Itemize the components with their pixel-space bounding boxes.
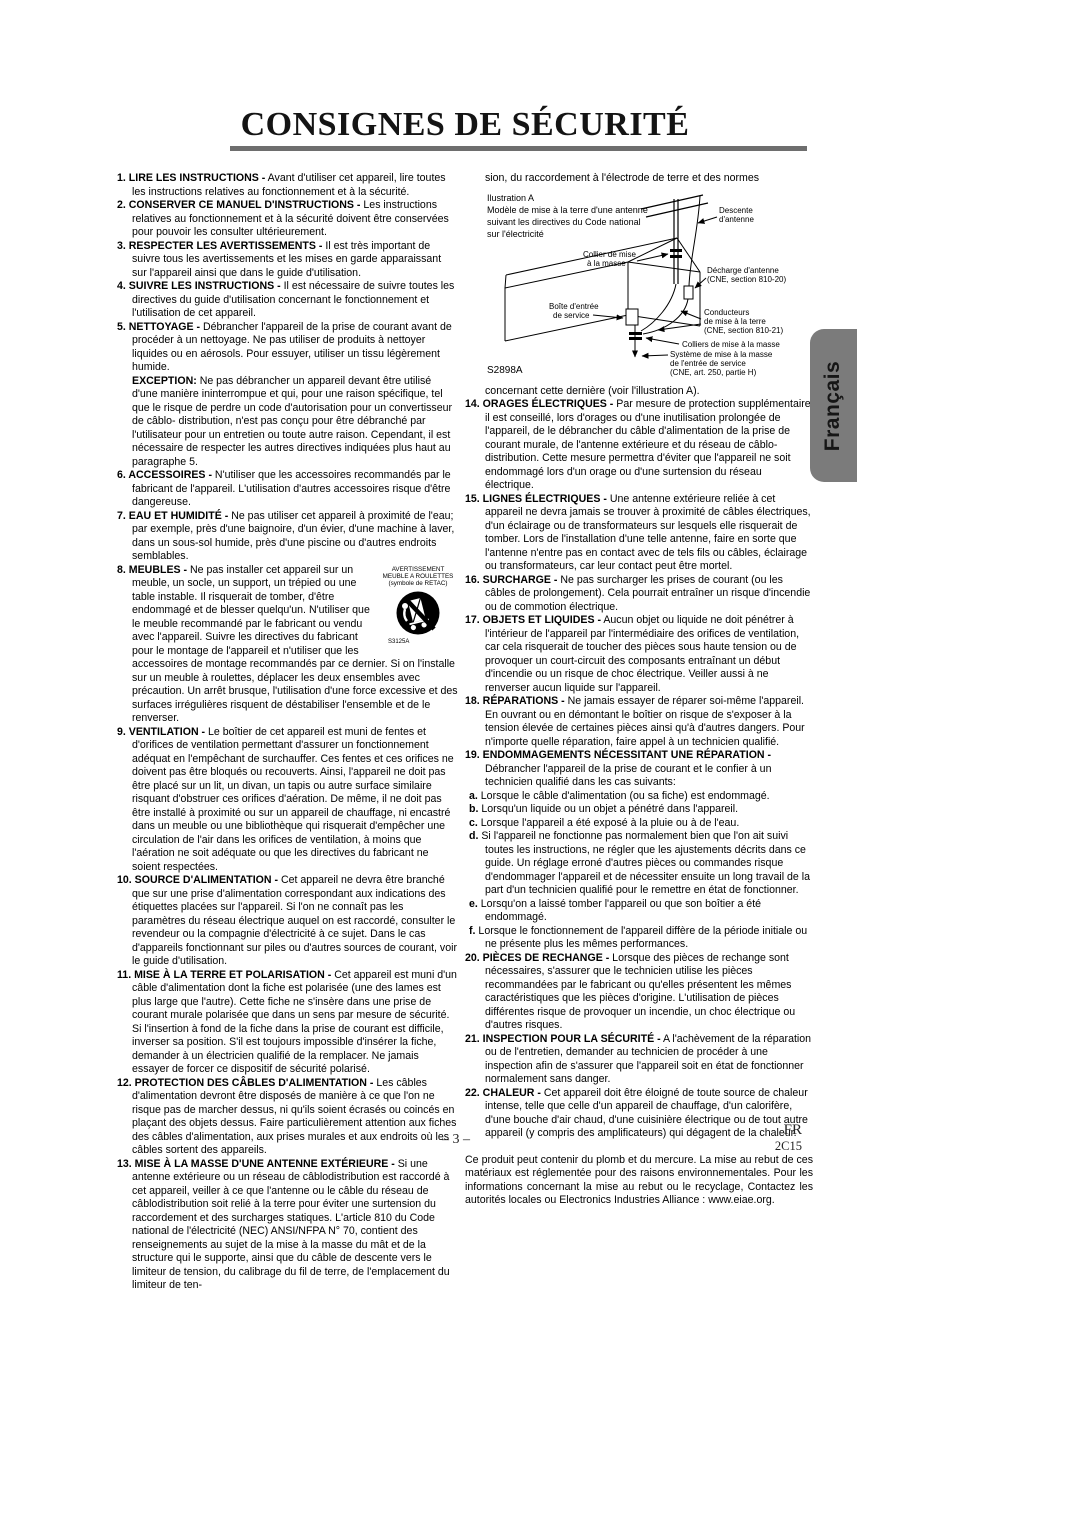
item-text: Lorsqu'un liquide ou un objet a pénétré … [478, 803, 738, 815]
label-discharge: Décharge d'antenne [707, 266, 779, 275]
antenna-mast [641, 195, 708, 284]
sub-item-b: b. Lorsqu'un liquide ou un objet a pénét… [465, 803, 813, 817]
item-head: 12. PROTECTION DES CÂBLES D'ALIMENTATION… [117, 1077, 373, 1089]
exception-paragraph: EXCEPTION: Ne pas débrancher un appareil… [132, 375, 458, 470]
item-text: Ne pas débrancher un appareil devant êtr… [132, 375, 452, 468]
item-text: Si une antenne extérieure ou un réseau d… [132, 1158, 450, 1292]
item-head: 6. ACCESSOIRES - [117, 469, 212, 481]
label-service-box: de service [553, 311, 590, 320]
mast-clamp [670, 255, 682, 258]
instruction-item-4: 4. SUIVRE LES INSTRUCTIONS - Il est néce… [117, 280, 458, 321]
antenna-grounding-diagram: Ilustration A Modèle de mise à la terre … [485, 191, 813, 383]
item-head: 1. LIRE LES INSTRUCTIONS - [117, 172, 265, 184]
language-tab-label: Français [822, 360, 846, 450]
instruction-item-10: 10. SOURCE D'ALIMENTATION - Cet appareil… [117, 874, 458, 969]
illustration-caption: sur l'électricité [487, 229, 544, 239]
sub-item-a: a. Lorsque le câble d'alimentation (ou s… [465, 790, 813, 804]
item-text: Lorsqu'on a laissé tomber l'appareil ou … [478, 898, 761, 924]
furniture-warning-text: AVERTISSEMENT [378, 566, 458, 573]
instruction-item-16: 16. SURCHARGE - Ne pas surcharger les pr… [465, 574, 813, 615]
service-entrance-box [626, 309, 638, 325]
item-head: 21. INSPECTION POUR LA SÉCURITÉ - [465, 1033, 661, 1045]
furniture-warning: AVERTISSEMENT MEUBLE A ROULETTES (symbol… [378, 566, 458, 650]
language-tab-francais: Français [810, 329, 857, 482]
item-head: 22. CHALEUR - [465, 1087, 541, 1099]
sub-item-e: e. Lorsqu'on a laissé tomber l'appareil … [465, 898, 813, 925]
item-head: 2. CONSERVER CE MANUEL D'INSTRUCTIONS - [117, 199, 360, 211]
item-text: Si l'appareil ne fonctionne pas normalem… [478, 830, 810, 896]
instruction-item-15: 15. LIGNES ÉLECTRIQUES - Une antenne ext… [465, 493, 813, 574]
item-head: 10. SOURCE D'ALIMENTATION - [117, 874, 278, 886]
instruction-item-21: 21. INSPECTION POUR LA SÉCURITÉ - A l'ac… [465, 1033, 813, 1087]
item-head: 17. OBJETS ET LIQUIDES - [465, 614, 601, 626]
item-head: e. [469, 898, 478, 910]
item-text: Débrancher l'appareil de la prise de cou… [485, 763, 771, 789]
item-text: Lorsque le fonctionnement de l'appareil … [475, 925, 807, 951]
instruction-item-17: 17. OBJETS ET LIQUIDES - Aucun objet ou … [465, 614, 813, 695]
instruction-item-7: 7. EAU ET HUMIDITÉ - Ne pas utiliser cet… [117, 510, 458, 564]
furniture-warning-text: MEUBLE A ROULETTES [378, 573, 458, 580]
label-ground-system: Système de mise à la masse [670, 350, 773, 359]
instruction-item-11: 11. MISE À LA TERRE ET POLARISATION - Ce… [117, 969, 458, 1077]
item-head: c. [469, 817, 478, 829]
item-head: 4. SUIVRE LES INSTRUCTIONS - [117, 280, 281, 292]
label-ground-conductors: Conducteurs [704, 308, 749, 317]
item-head: 19. ENDOMMAGEMENTS NÉCESSITANT UNE RÉPAR… [465, 749, 771, 761]
illustration-caption: Modèle de mise à la terre d'une antenne [487, 205, 648, 215]
instruction-item-2: 2. CONSERVER CE MANUEL D'INSTRUCTIONS - … [117, 199, 458, 240]
label-discharge: (CNE, section 810-20) [707, 275, 786, 284]
label-antenna-lead: d'antenne [719, 215, 754, 224]
item-text: Le boîtier de cet appareil est muni de f… [132, 726, 454, 873]
item-head: a. [469, 790, 478, 802]
label-mast-clamp: à la masse [587, 259, 626, 268]
illustration-caption: suivant les directives du Code national [487, 217, 641, 227]
sub-item-d: d. Si l'appareil ne fonctionne pas norma… [465, 830, 813, 898]
instruction-item-9: 9. VENTILATION - Le boîtier de cet appar… [117, 726, 458, 875]
ground-clamp [629, 337, 642, 340]
lang-code: FR [700, 1122, 802, 1139]
page-title: CONSIGNES DE SÉCURITÉ [0, 106, 930, 144]
item-head: 18. RÉPARATIONS - [465, 695, 565, 707]
item-head: 15. LIGNES ÉLECTRIQUES - [465, 493, 607, 505]
instruction-item-1: 1. LIRE LES INSTRUCTIONS - Avant d'utili… [117, 172, 458, 199]
item-text: Cet appareil est muni d'un câble d'alime… [132, 969, 457, 1076]
item-head: 20. PIÈCES DE RECHANGE - [465, 952, 609, 964]
instruction-item-19: 19. ENDOMMAGEMENTS NÉCESSITANT UNE RÉPAR… [465, 749, 813, 790]
item-text: Par mesure de protection supplémentaire … [485, 398, 811, 491]
mast-clamp [670, 249, 682, 252]
item-head: 16. SURCHARGE - [465, 574, 557, 586]
closing-paragraph: Ce produit peut contenir du plomb et du … [465, 1154, 813, 1208]
figure-code: S3125A [388, 636, 458, 650]
item-text: Lorsque le câble d'alimentation (ou sa f… [478, 790, 770, 802]
label-arrows [593, 217, 717, 356]
instruction-item-3: 3. RESPECTER LES AVERTISSEMENTS - Il est… [117, 240, 458, 281]
instruction-item-8: AVERTISSEMENT MEUBLE A ROULETTES (symbol… [117, 564, 458, 726]
item-head: 9. VENTILATION - [117, 726, 205, 738]
item-text: Cet appareil ne devra être branché que s… [132, 874, 457, 967]
item-head: 7. EAU ET HUMIDITÉ - [117, 510, 228, 522]
title-rule [230, 146, 807, 151]
instruction-item-6: 6. ACCESSOIRES - N'utiliser que les acce… [117, 469, 458, 510]
item-head: 3. RESPECTER LES AVERTISSEMENTS - [117, 240, 322, 252]
doc-code: 2C15 [700, 1139, 802, 1153]
item-head: 8. MEUBLES - [117, 564, 187, 576]
item-head: 14. ORAGES ÉLECTRIQUES - [465, 398, 613, 410]
item-head: 11. MISE À LA TERRE ET POLARISATION - [117, 969, 331, 981]
item-head: b. [469, 803, 478, 815]
label-service-box: Boîte d'entrée [549, 302, 599, 311]
ground-clamp [629, 332, 642, 335]
ground-wires [635, 196, 700, 357]
sub-item-c: c. Lorsque l'appareil a été exposé à la … [465, 817, 813, 831]
item-head: 5. NETTOYAGE - [117, 321, 200, 333]
sub-item-f: f. Lorsque le fonctionnement de l'appare… [465, 925, 813, 952]
discharge-unit [684, 286, 693, 299]
label-ground-conductors: de mise à la terre [704, 317, 766, 326]
left-column: 1. LIRE LES INSTRUCTIONS - Avant d'utili… [117, 172, 458, 1293]
instruction-item-20: 20. PIÈCES DE RECHANGE - Lorsque des piè… [465, 952, 813, 1033]
item-head: d. [469, 830, 478, 842]
figure-code: S2898A [487, 365, 523, 376]
item13-continuation: sion, du raccordement à l'électrode de t… [465, 172, 813, 186]
right-column: sion, du raccordement à l'électrode de t… [465, 172, 813, 1208]
furniture-warning-text: (symbole de RETAC) [378, 580, 458, 587]
instruction-item-14: 14. ORAGES ÉLECTRIQUES - Par mesure de p… [465, 398, 813, 493]
label-ground-system: (CNE, art. 250, partie H) [670, 368, 757, 377]
item13-continuation-2: concernant cette dernière (voir l'illust… [465, 385, 813, 399]
label-mast-clamp: Collier de mise [583, 250, 636, 259]
label-ground-system: de l'entrée de service [670, 359, 746, 368]
label-antenna-lead: Descente [719, 206, 753, 215]
item-head: 13. MISE À LA MASSE D'UNE ANTENNE EXTÉRI… [117, 1158, 395, 1170]
page-number: – 3 – [396, 1132, 516, 1148]
footer-codes: FR 2C15 [700, 1122, 802, 1153]
instruction-item-13: 13. MISE À LA MASSE D'UNE ANTENNE EXTÉRI… [117, 1158, 458, 1293]
instruction-item-18: 18. RÉPARATIONS - Ne jamais essayer de r… [465, 695, 813, 749]
item-text: Lorsque l'appareil a été exposé à la plu… [478, 817, 739, 829]
instruction-item-5: 5. NETTOYAGE - Débrancher l'appareil de … [117, 321, 458, 470]
illustration-caption: Ilustration A [487, 193, 534, 203]
label-ground-clamps: Colliers de mise à la masse [682, 340, 780, 349]
no-cart-tipping-icon [395, 590, 441, 636]
item-head: EXCEPTION: [132, 375, 197, 387]
label-ground-conductors: (CNE, section 810-21) [704, 326, 783, 335]
